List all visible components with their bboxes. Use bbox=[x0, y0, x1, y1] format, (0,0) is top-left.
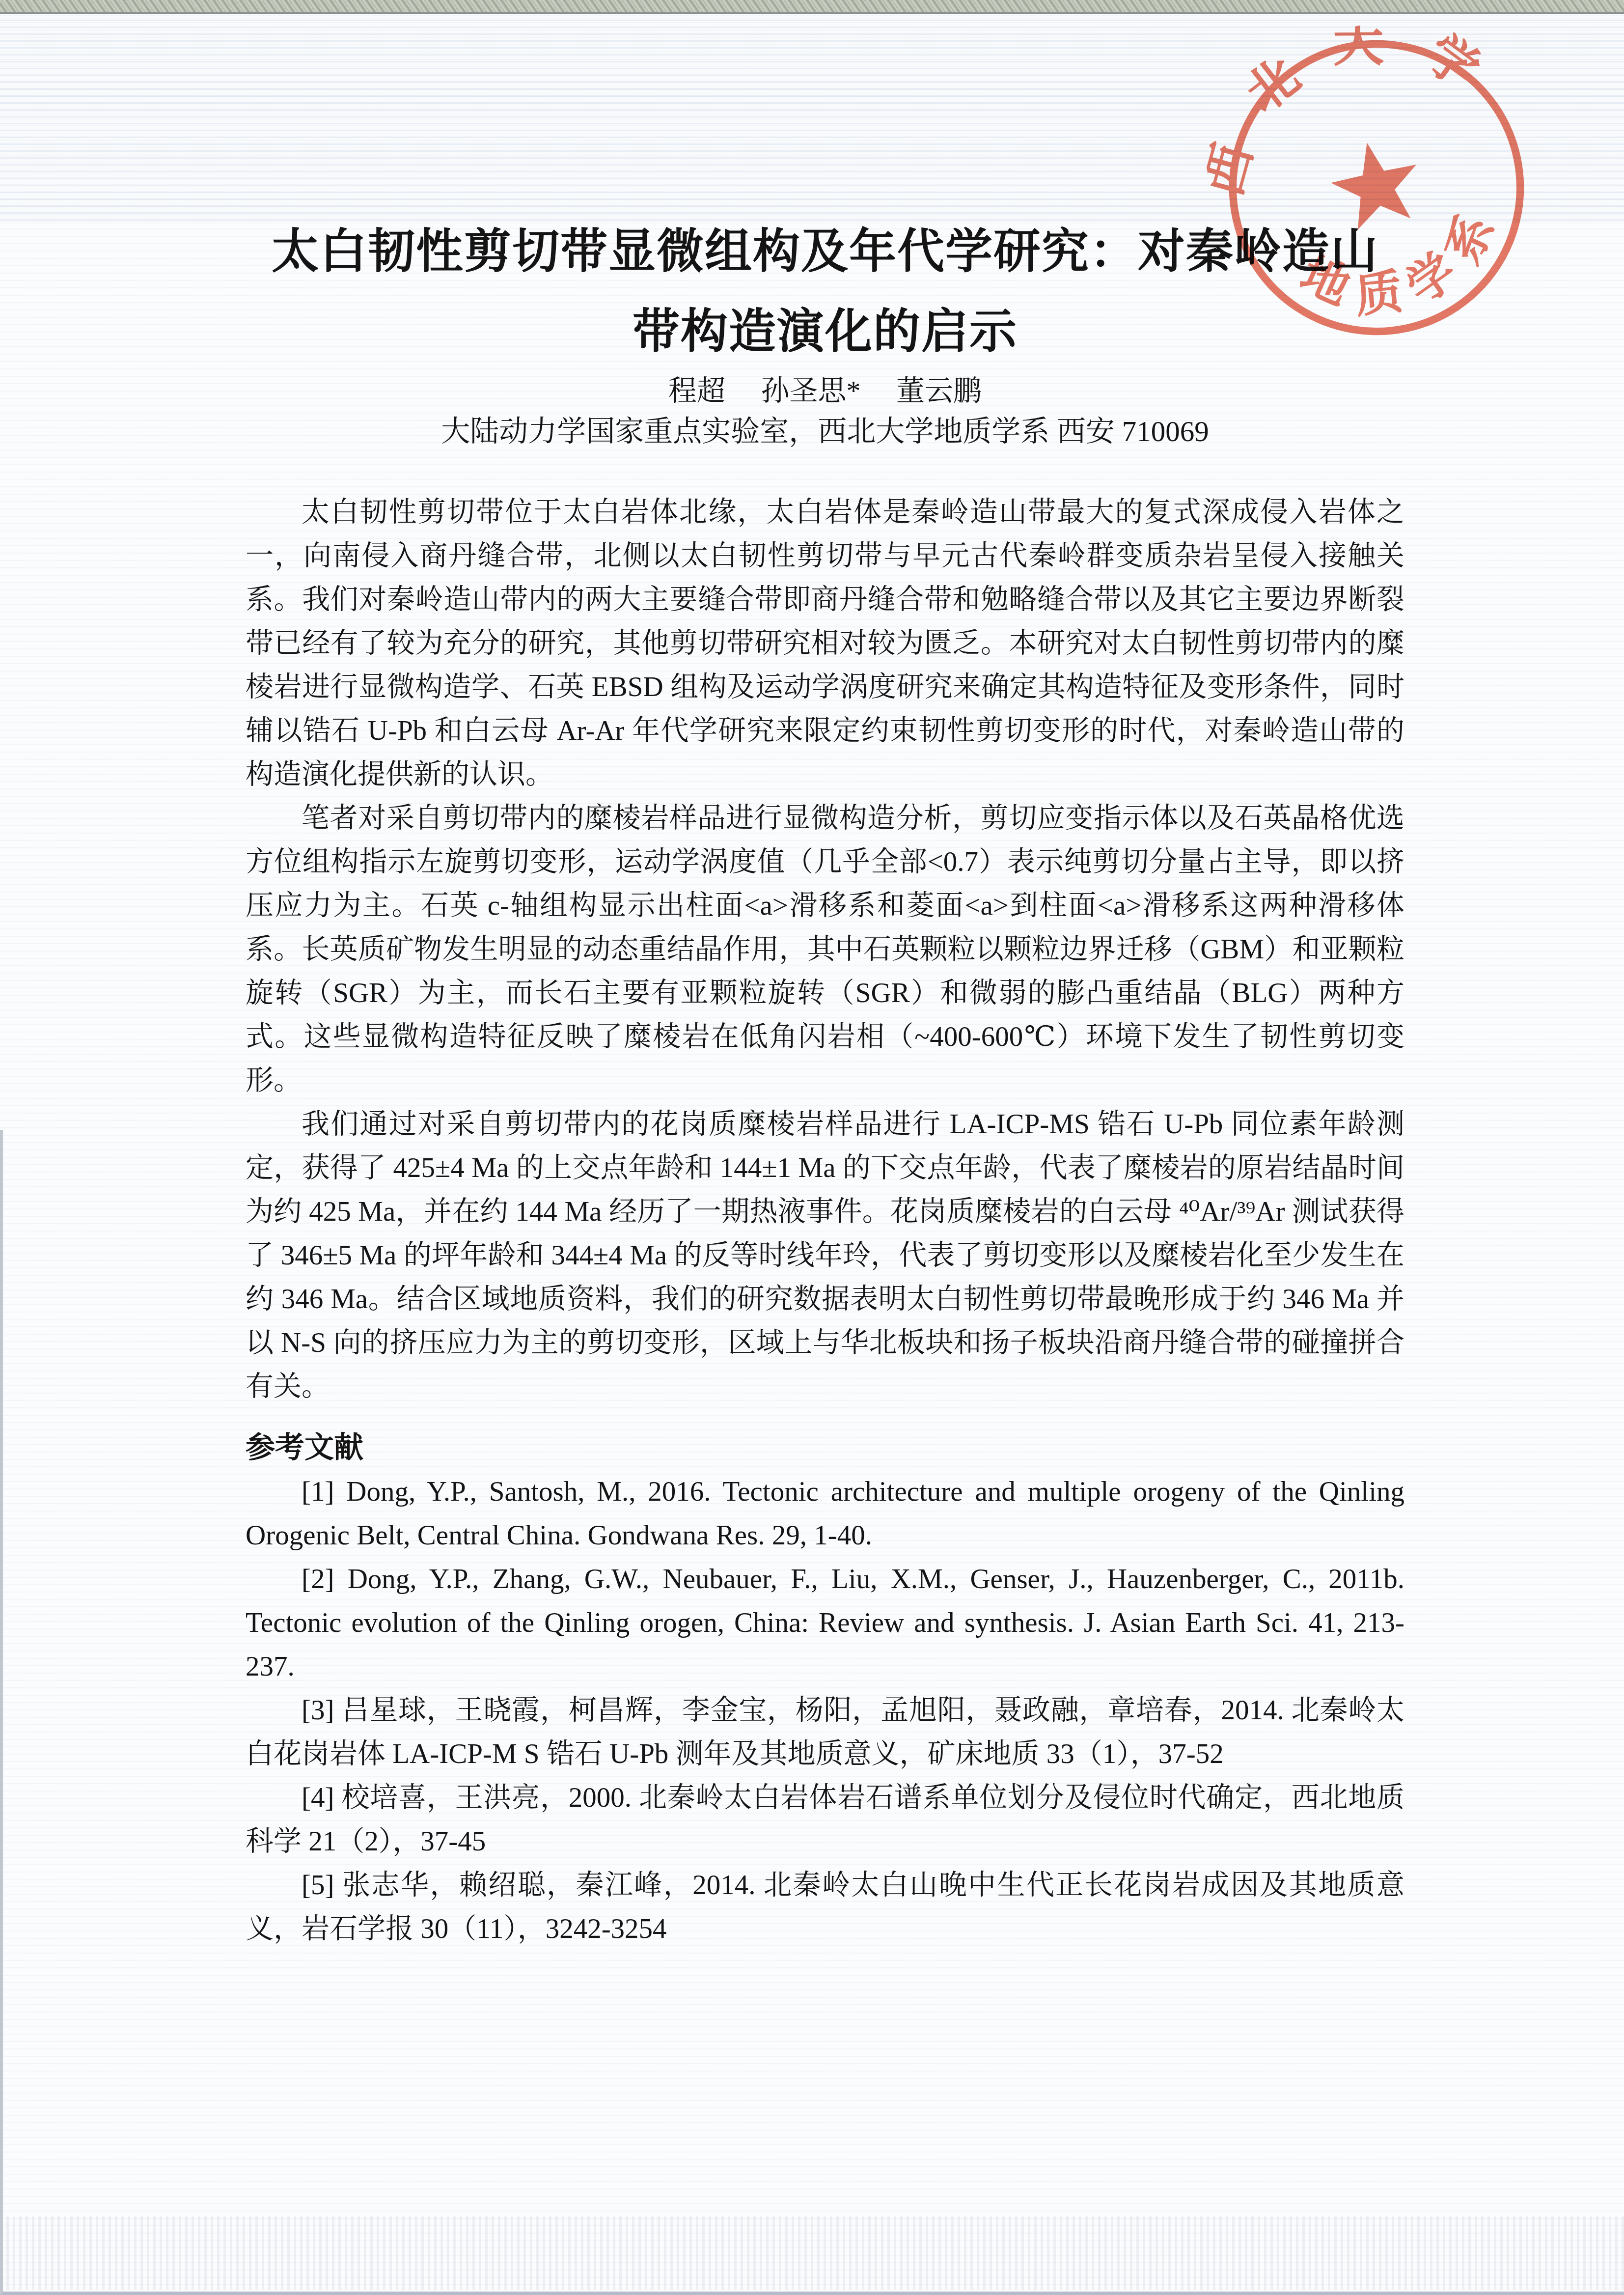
reference-item: [3] 吕星球，王晓霞，柯昌辉，李金宝，杨阳，孟旭阳，聂政融，章培春，2014.… bbox=[246, 1688, 1404, 1776]
page-title: 太白韧性剪切带显微组构及年代学研究：对秦岭造山带构造演化的启示 bbox=[250, 211, 1400, 371]
reference-item: [2] Dong, Y.P., Zhang, G.W., Neubauer, F… bbox=[246, 1557, 1404, 1688]
references-list: [1] Dong, Y.P., Santosh, M., 2016. Tecto… bbox=[246, 1470, 1404, 1951]
reference-item: [4] 校培喜，王洪亮，2000. 北秦岭太白岩体岩石谱系单位划分及侵位时代确定… bbox=[246, 1776, 1404, 1863]
references-heading: 参考文献 bbox=[246, 1426, 1404, 1470]
scanned-document-page: 西北大学 地质学系 太白韧性剪切带显微组构及年代学研究：对秦岭造山带构造演化的启… bbox=[0, 0, 1624, 2295]
abstract-paragraph-2: 笔者对采自剪切带内的糜棱岩样品进行显微构造分析，剪切应变指示体以及石英晶格优选方… bbox=[246, 796, 1404, 1102]
abstract-section: 太白韧性剪切带位于太白岩体北缘，太白岩体是秦岭造山带最大的复式深成侵入岩体之一，… bbox=[246, 490, 1404, 1408]
abstract-paragraph-1: 太白韧性剪切带位于太白岩体北缘，太白岩体是秦岭造山带最大的复式深成侵入岩体之一，… bbox=[246, 490, 1404, 796]
scan-strip-bottom bbox=[0, 2292, 1624, 2295]
scan-edge-left bbox=[0, 1130, 3, 2295]
authors-line: 程超 孙圣思* 董云鹏 bbox=[246, 371, 1404, 411]
reference-item: [1] Dong, Y.P., Santosh, M., 2016. Tecto… bbox=[246, 1470, 1404, 1557]
affiliation-line: 大陆动力学国家重点实验室，西北大学地质学系 西安 710069 bbox=[246, 411, 1404, 452]
document-content: 太白韧性剪切带显微组构及年代学研究：对秦岭造山带构造演化的启示 程超 孙圣思* … bbox=[0, 0, 1624, 1951]
scanner-bed-strip bbox=[0, 0, 1624, 12]
scan-streaks-bottom bbox=[0, 2216, 1624, 2290]
abstract-paragraph-3: 我们通过对采自剪切带内的花岗质糜棱岩样品进行 LA-ICP-MS 锆石 U-Pb… bbox=[246, 1102, 1404, 1408]
page-edge-line bbox=[0, 12, 1624, 14]
reference-item: [5] 张志华，赖绍聪，秦江峰，2014. 北秦岭太白山晚中生代正长花岗岩成因及… bbox=[246, 1863, 1404, 1951]
